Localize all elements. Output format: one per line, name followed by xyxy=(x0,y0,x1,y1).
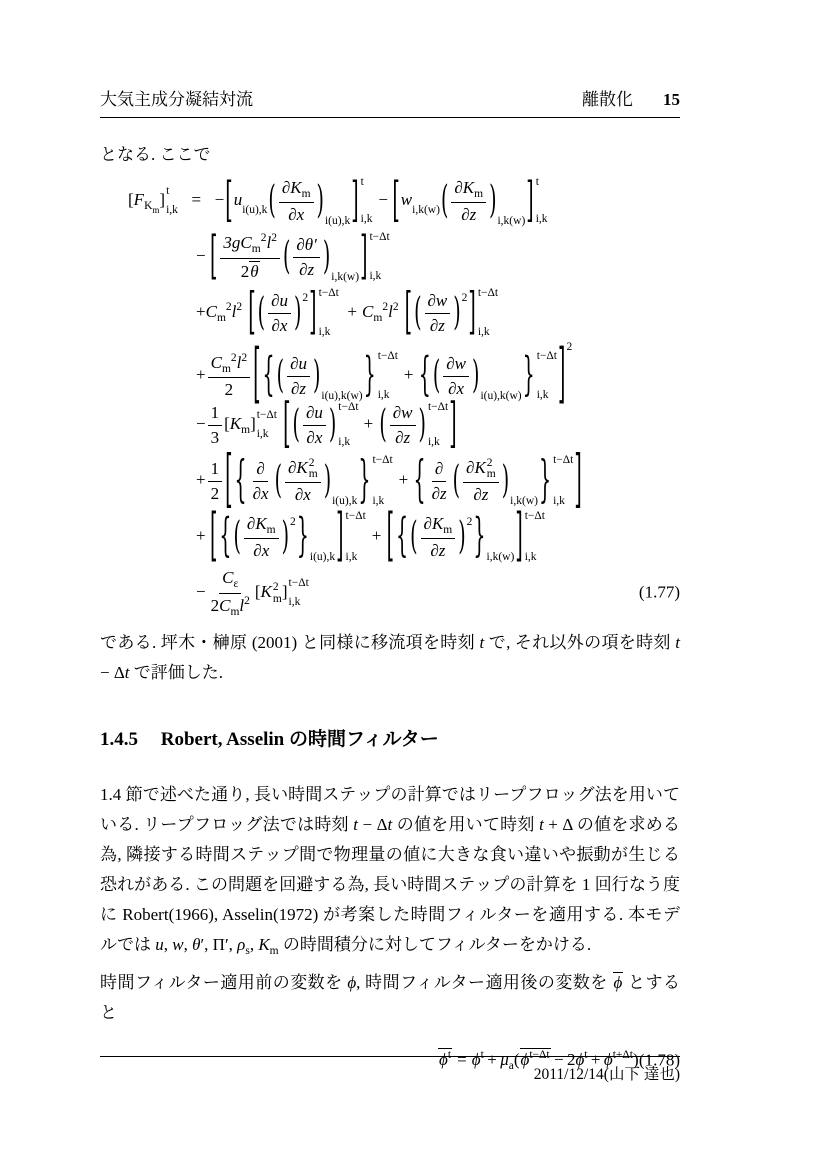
section-number: 1.4.5 xyxy=(100,729,138,750)
equation-line-1: [FKm]ti,k=−[ui(u),k(∂Km∂x)i(u),k]ti,k−[w… xyxy=(100,174,680,226)
section-heading: 1.4.5 Robert, Asselin の時間フィルター xyxy=(100,726,680,754)
equation-line-2: −[3gCm2l22θ(∂θ′∂z)i,k(w)]t−Δti,k xyxy=(100,230,680,282)
paragraph-filter-variables: 時間フィルター適用前の変数を ϕ, 時間フィルター適用後の変数を ϕ とすると xyxy=(100,968,680,1028)
equation-line-5: −13[Km]t−Δti,k[(∂u∂x)t−Δti,k+(∂w∂z)t−Δti… xyxy=(100,398,680,450)
equation-line-8: (1.77) −Cε2Cml2[K2m]t−Δti,k xyxy=(100,566,680,618)
equation-line-4: +Cm2l22[{(∂u∂z)i(u),k(w)}t−Δti,k+{(∂w∂x)… xyxy=(100,342,680,394)
intro-text: となる. ここで xyxy=(100,140,680,170)
paragraph-evaluation-note: である. 坪木・榊原 (2001) と同様に移流項を時刻 t で, それ以外の項… xyxy=(100,628,680,688)
paragraph-leapfrog: 1.4 節で述べた通り, 長い時間ステップの計算ではリープフロッグ法を用いている… xyxy=(100,780,680,960)
equation-line-3: +Cm2l2[(∂u∂x)2]t−Δti,k+Cm2l2[(∂w∂z)2]t−Δ… xyxy=(100,286,680,338)
footer-date-author: 2011/12/14(山下 達也) xyxy=(534,1066,680,1083)
header-document-title: 大気主成分凝結対流 xyxy=(100,85,582,110)
section-title: Robert, Asselin の時間フィルター xyxy=(161,729,439,750)
document-page: 大気主成分凝結対流 離散化 15 となる. ここで [FKm]ti,k=−[ui… xyxy=(0,0,826,1169)
page-footer: 2011/12/14(山下 達也) xyxy=(100,1056,680,1084)
page-number: 15 xyxy=(663,90,680,110)
equation-line-6: +12[{∂∂x(∂K2m∂x)i(u),k}t−Δti,k+{∂∂z(∂K2m… xyxy=(100,454,680,506)
equation-line-7: +[{(∂Km∂x)2}i(u),k]t−Δti,k+[{(∂Km∂z)2}i,… xyxy=(100,510,680,562)
equation-1-77: [FKm]ti,k=−[ui(u),k(∂Km∂x)i(u),k]ti,k−[w… xyxy=(100,174,680,618)
page-body: となる. ここで [FKm]ti,k=−[ui(u),k(∂Km∂x)i(u),… xyxy=(100,120,680,1078)
equation-number-1-77: (1.77) xyxy=(639,584,680,601)
page-header: 大気主成分凝結対流 離散化 15 xyxy=(100,85,680,118)
header-section-title: 離散化 xyxy=(582,85,633,110)
